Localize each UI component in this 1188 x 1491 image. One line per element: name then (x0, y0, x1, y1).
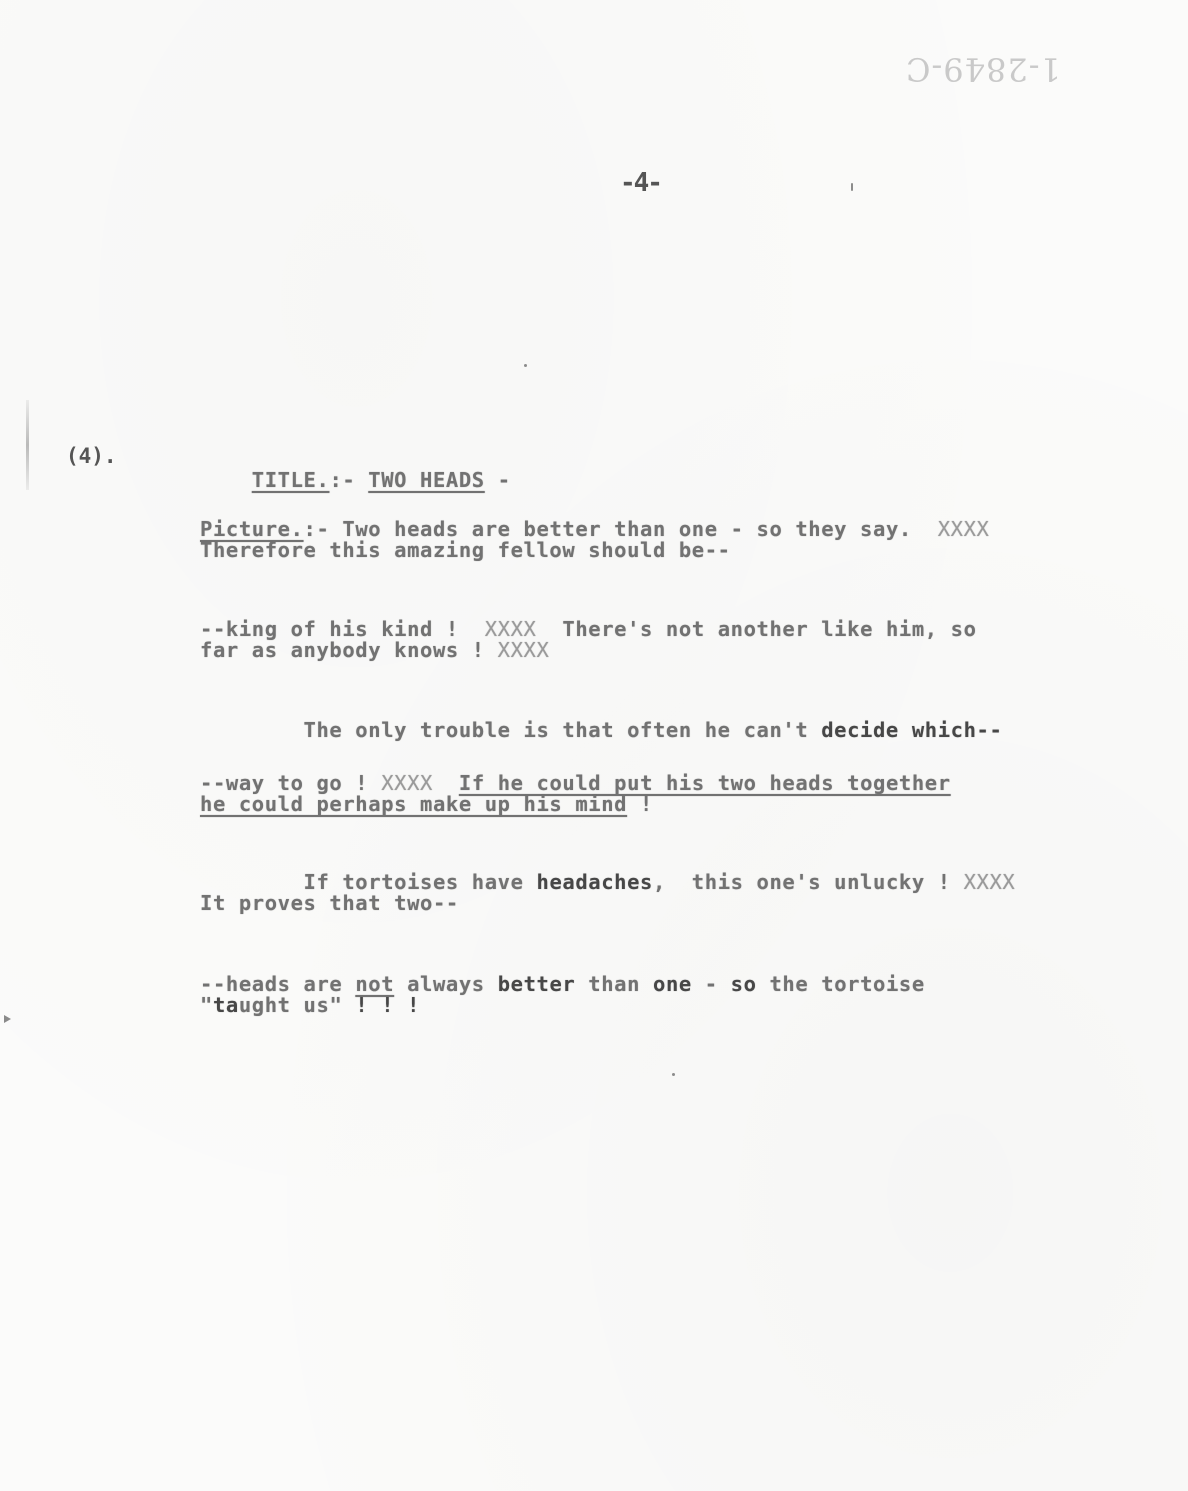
text-line: It proves that two-- (200, 891, 459, 915)
text-run: It proves that two-- (200, 891, 459, 915)
text-run: ught us" (239, 993, 355, 1017)
ink-speck (524, 364, 527, 367)
title-separator: :- (329, 468, 368, 492)
text-run: decide which-- (821, 718, 1002, 742)
text-run: ! (627, 792, 653, 816)
text-run: one (653, 972, 692, 996)
item-number: (4). (66, 444, 117, 468)
text-line: The only trouble is that often he can't … (200, 718, 1002, 742)
text-run: than (575, 972, 653, 996)
text-run: ta (213, 993, 239, 1017)
text-run: " (200, 993, 213, 1017)
margin-ink-line (26, 400, 29, 490)
text-run: ! ! ! (355, 993, 420, 1017)
handwritten-reference: 1-2849-C (905, 50, 1061, 88)
ink-speck (672, 1073, 675, 1076)
page-number: -4- (620, 168, 661, 198)
text-run: so (731, 972, 757, 996)
text-line: "taught us" ! ! ! (200, 993, 420, 1017)
text-run: - (692, 972, 731, 996)
text-run: There's not another like him, so (537, 617, 977, 641)
title-value: TWO HEADS (368, 468, 484, 492)
ink-speck (851, 183, 853, 191)
text-line: he could perhaps make up his mind ! (200, 792, 653, 816)
strikeout-marks: XXXX (964, 870, 1016, 894)
title-line: TITLE.:- TWO HEADS - (200, 444, 511, 516)
title-label: TITLE. (252, 468, 330, 492)
text-run: Therefore this amazing fellow should be-… (200, 538, 731, 562)
typewritten-page: 1-2849-C -4- (4). TITLE.:- TWO HEADS - P… (0, 0, 1188, 1491)
text-run: far as anybody knows ! (200, 638, 498, 662)
text-run: , this one's unlucky ! (653, 870, 964, 894)
text-run: the tortoise (757, 972, 925, 996)
text-line: far as anybody knows ! XXXX (200, 638, 549, 662)
title-trailing: - (485, 468, 511, 492)
text-run: he could perhaps make up his mind (200, 792, 627, 816)
text-run: The only trouble is that often he can't (200, 718, 821, 742)
text-line: Therefore this amazing fellow should be-… (200, 538, 731, 562)
strikeout-marks: XXXX (938, 517, 990, 541)
text-run: better (498, 972, 576, 996)
strikeout-marks: XXXX (498, 638, 550, 662)
margin-arrow-mark (4, 1015, 11, 1023)
text-run: headaches (537, 870, 653, 894)
